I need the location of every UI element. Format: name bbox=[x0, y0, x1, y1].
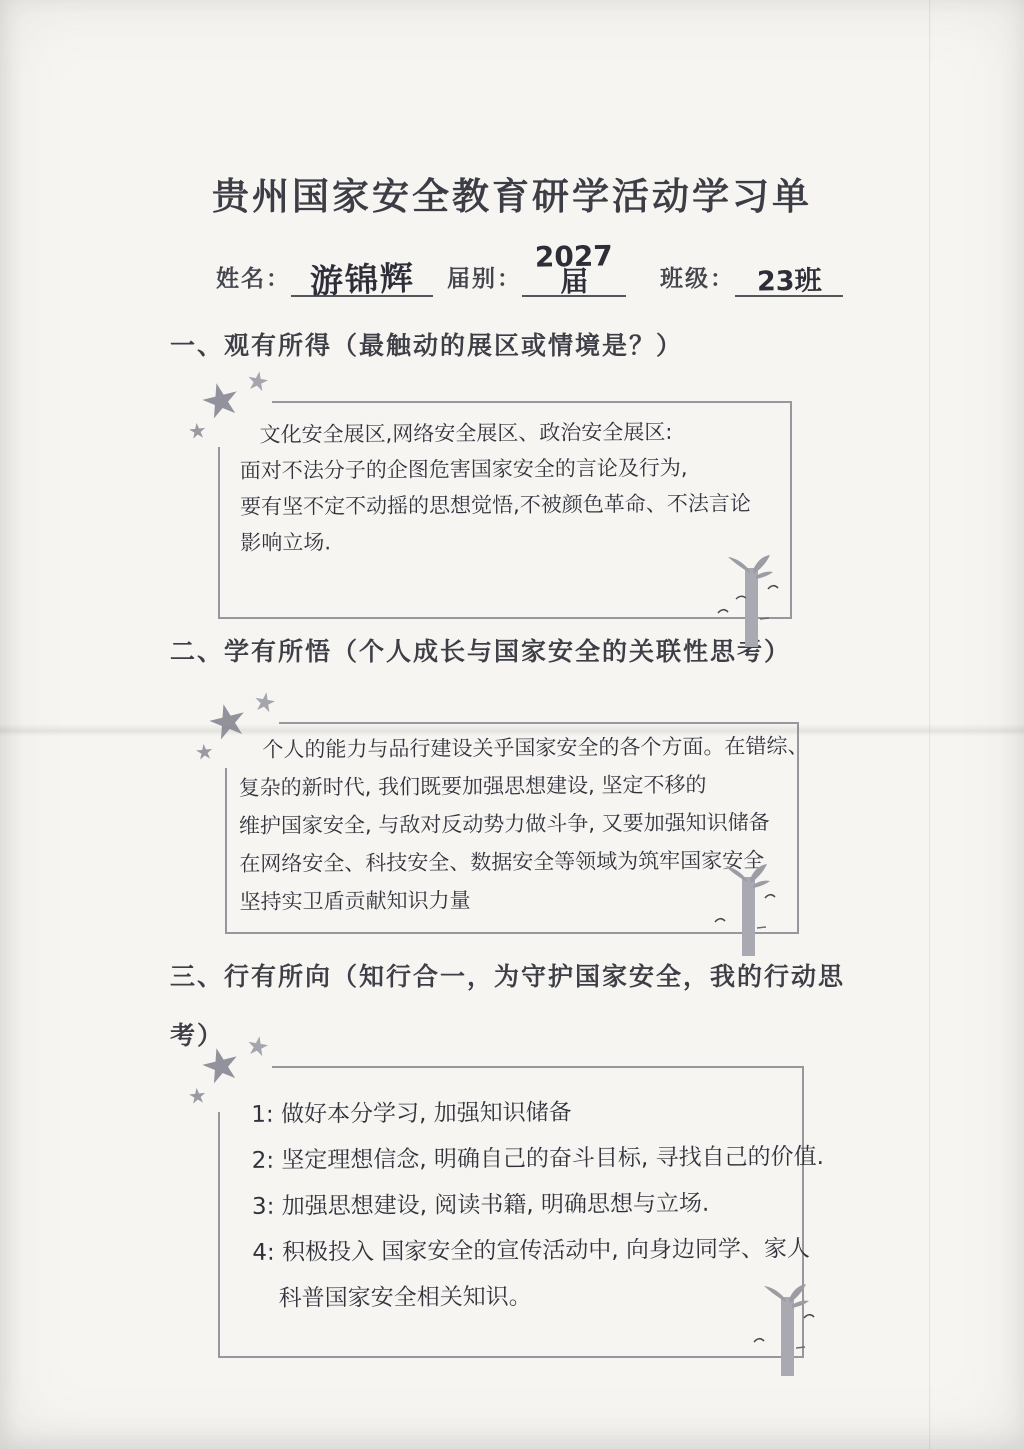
handwritten-answer-2: 个人的能力与品行建设关乎国家安全的各个方面。在错综、 复杂的新时代, 我们既要加… bbox=[238, 727, 799, 921]
name-value-handwritten: 游锦辉 bbox=[309, 263, 415, 296]
answer-box-1: ★ ★ ★ 文化安全展区,网络安全展区、政治安全展区: 面对不法分子的企图危害国… bbox=[218, 401, 792, 619]
section-1-heading: 一、观有所得（最触动的展区或情境是？） bbox=[170, 326, 683, 362]
section-2-heading: 二、学有所悟（个人成长与国家安全的关联性思考） bbox=[170, 632, 791, 668]
handwritten-line: 个人的能力与品行建设关乎国家安全的各个方面。在错综、 bbox=[238, 727, 798, 769]
star-icon: ★ bbox=[187, 420, 208, 443]
handwritten-line: 影响立场. bbox=[240, 521, 785, 561]
section-3-heading-line-1: 三、行有所向（知行合一，为守护国家安全，我的行动思 bbox=[170, 957, 845, 993]
star-icon: ★ bbox=[244, 367, 271, 397]
student-info-row: 姓名： 游锦辉 届别： 2027届 班级： 23班 bbox=[216, 244, 843, 297]
handwritten-line: 4: 积极投入 国家安全的宣传活动中, 向身边同学、家人 bbox=[252, 1226, 792, 1276]
answer-box-3: ★ ★ ★ 1: 做好本分学习, 加强知识储备 2: 坚定理想信念, 明确自己的… bbox=[218, 1066, 804, 1358]
star-icon: ★ bbox=[244, 1032, 271, 1062]
handwritten-line: 2: 坚定理想信念, 明确自己的奋斗目标, 寻找自己的价值. bbox=[252, 1134, 792, 1184]
handwritten-line: 面对不法分子的企图危害国家安全的言论及行为, bbox=[240, 449, 785, 489]
star-icon: ★ bbox=[194, 741, 215, 764]
handwritten-line: 要有坚不定不动摇的思想觉悟,不被颜色革命、不法言论 bbox=[240, 485, 785, 525]
class-value-handwritten: 23班 bbox=[756, 270, 821, 295]
section-3-heading-line-2: 考） bbox=[170, 1016, 224, 1052]
star-icon: ★ bbox=[251, 688, 278, 718]
handwritten-line: 文化安全展区,网络安全展区、政治安全展区: bbox=[240, 413, 785, 453]
name-underline: 游锦辉 bbox=[291, 265, 433, 297]
star-icon: ★ bbox=[187, 1085, 208, 1108]
handwritten-line: 在网络安全、科技安全、数据安全等领域为筑牢国家安全 bbox=[239, 841, 799, 883]
handwritten-answer-3: 1: 做好本分学习, 加强知识储备 2: 坚定理想信念, 明确自己的奋斗目标, … bbox=[251, 1088, 793, 1322]
handwritten-line: 复杂的新时代, 我们既要加强思想建设, 坚定不移的 bbox=[239, 765, 799, 807]
handwritten-answer-1: 文化安全展区,网络安全展区、政治安全展区: 面对不法分子的企图危害国家安全的言论… bbox=[240, 413, 786, 561]
page-title: 贵州国家安全教育研学活动学习单 bbox=[0, 166, 1024, 220]
handwritten-line: 1: 做好本分学习, 加强知识储备 bbox=[251, 1088, 791, 1138]
handwritten-line: 坚持实卫盾贡献知识力量 bbox=[239, 879, 799, 921]
class-underline: 23班 bbox=[735, 270, 843, 296]
handwritten-line: 科普国家安全相关知识。 bbox=[252, 1272, 792, 1322]
class-label: 班级： bbox=[660, 260, 735, 297]
handwritten-line: 3: 加强思想建设, 阅读书籍, 明确思想与立场. bbox=[252, 1180, 792, 1230]
answer-box-2: ★ ★ ★ 个人的能力与品行建设关乎国家安全的各个方面。在错综、 复杂的新时代,… bbox=[225, 722, 799, 934]
cohort-underline: 2027届 bbox=[522, 244, 626, 297]
handwritten-line: 维护国家安全, 与敌对反动势力做斗争, 又要加强知识储备 bbox=[239, 803, 799, 845]
cohort-label: 届别： bbox=[447, 260, 522, 297]
cohort-value-handwritten: 2027届 bbox=[522, 243, 627, 295]
name-label: 姓名： bbox=[216, 260, 291, 297]
scanned-worksheet-page: 贵州国家安全教育研学活动学习单 姓名： 游锦辉 届别： 2027届 班级： 23… bbox=[0, 0, 1024, 1449]
